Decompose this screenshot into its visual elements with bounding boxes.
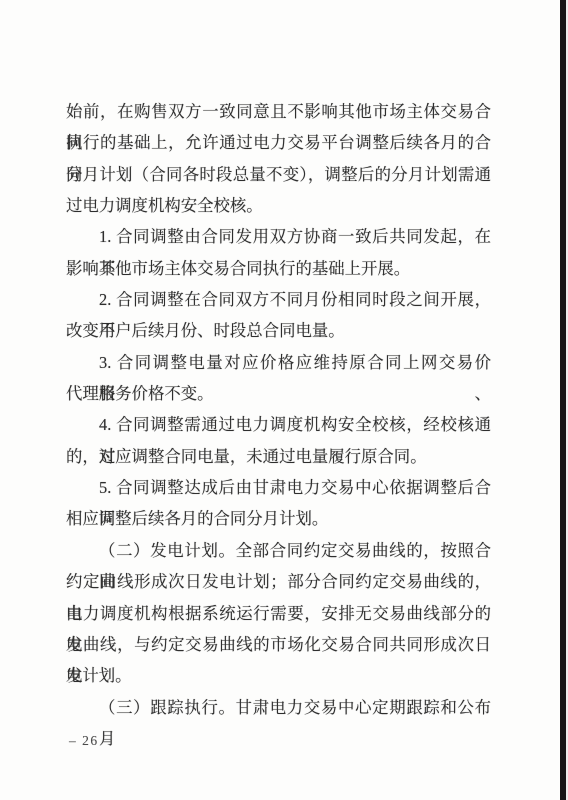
text-line: 始前，在购售双方一致同意且不影响其他市场主体交易合同	[66, 96, 491, 127]
text-line: 电曲线，与约定交易曲线的市场化交易合同共同形成次日发	[66, 629, 491, 660]
document-body: 始前，在购售双方一致同意且不影响其他市场主体交易合同执行的基础上，允许通过电力交…	[66, 96, 491, 723]
text-line: 分月计划（合同各时段总量不变），调整后的分月计划需通	[66, 159, 491, 190]
text-line: 约定曲线形成次日发电计划；部分合同约定交易曲线的，由	[66, 566, 491, 597]
text-line: 执行的基础上，允许通过电力交易平台调整后续各月的合同	[66, 127, 491, 158]
text-line: 2. 合同调整在合同双方不同月份相同时段之间开展，不	[66, 284, 491, 315]
text-line: 4. 合同调整需通过电力调度机构安全校核，经校核通过	[66, 409, 491, 440]
text-line: （三）跟踪执行。甘肃电力交易中心定期跟踪和公布月	[66, 692, 491, 723]
text-line: 的，对应调整合同电量，未通过电量履行原合同。	[66, 441, 491, 472]
text-line: 改变用户后续月份、时段总合同电量。	[66, 315, 491, 346]
text-line: 1. 合同调整由合同发用双方协商一致后共同发起，在不	[66, 221, 491, 252]
text-line: （二）发电计划。全部合同约定交易曲线的，按照合同	[66, 535, 491, 566]
text-line: 5. 合同调整达成后由甘肃电力交易中心依据调整后合同	[66, 472, 491, 503]
text-line: 电计划。	[66, 660, 491, 691]
text-line: 相应调整后续各月的合同分月计划。	[66, 503, 491, 534]
page-number: – 26 –	[69, 733, 112, 749]
text-line: 过电力调度机构安全校核。	[66, 190, 491, 221]
scan-border-right	[560, 0, 566, 800]
text-line: 3. 合同调整电量对应价格应维持原合同上网交易价格、	[66, 347, 491, 378]
text-line: 影响其他市场主体交易合同执行的基础上开展。	[66, 253, 491, 284]
text-line: 电力调度机构根据系统运行需要，安排无交易曲线部分的发	[66, 598, 491, 629]
